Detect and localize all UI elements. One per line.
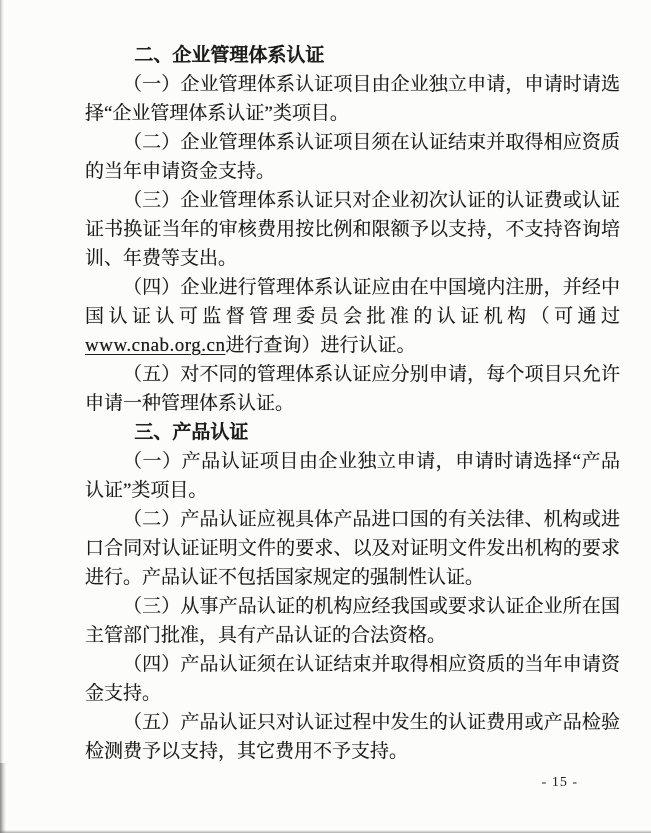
page-number: - 15 - [542, 775, 578, 791]
paragraph: （五）产品认证只对认证过程中发生的认证费用或产品检验检测费予以支持，其它费用不予… [85, 708, 620, 766]
paragraph-text: （四）企业进行管理体系认证应由在中国境内注册，并经中国认证认可监督管理委员会批准… [85, 277, 620, 327]
paragraph: （三）企业管理体系认证只对企业初次认证的认证费或认证证书换证当年的审核费用按比例… [85, 186, 620, 273]
cnab-website-url: www.cnab.org.cn [85, 335, 225, 356]
paragraph-text: 进行查询）进行认证。 [225, 335, 415, 356]
section-heading: 二、企业管理体系认证 [85, 41, 620, 70]
paragraph: （四）产品认证须在认证结束并取得相应资质的当年申请资金支持。 [85, 650, 620, 708]
scan-edge-left-artifact [0, 0, 4, 833]
paragraph: （五）对不同的管理体系认证应分别申请，每个项目只允许申请一种管理体系认证。 [85, 360, 620, 418]
scanned-document-page: 二、企业管理体系认证（一）企业管理体系认证项目由企业独立申请，申请时请选择“企业… [0, 0, 651, 833]
section-heading: 三、产品认证 [85, 418, 620, 447]
paragraph: （三）从事产品认证的机构应经我国或要求认证企业所在国主管部门批准，具有产品认证的… [85, 592, 620, 650]
paragraph: （二）产品认证应视具体产品进口国的有关法律、机构或进口合同对认证证明文件的要求、… [85, 505, 620, 592]
document-body: 二、企业管理体系认证（一）企业管理体系认证项目由企业独立申请，申请时请选择“企业… [85, 41, 620, 766]
paragraph: （一）企业管理体系认证项目由企业独立申请，申请时请选择“企业管理体系认证”类项目… [85, 70, 620, 128]
paragraph: （四）企业进行管理体系认证应由在中国境内注册，并经中国认证认可监督管理委员会批准… [85, 273, 620, 360]
scan-corner-artifact [0, 763, 6, 833]
paragraph: （二）企业管理体系认证项目须在认证结束并取得相应资质的当年申请资金支持。 [85, 128, 620, 186]
paragraph: （一）产品认证项目由企业独立申请，申请时请选择“产品认证”类项目。 [85, 447, 620, 505]
